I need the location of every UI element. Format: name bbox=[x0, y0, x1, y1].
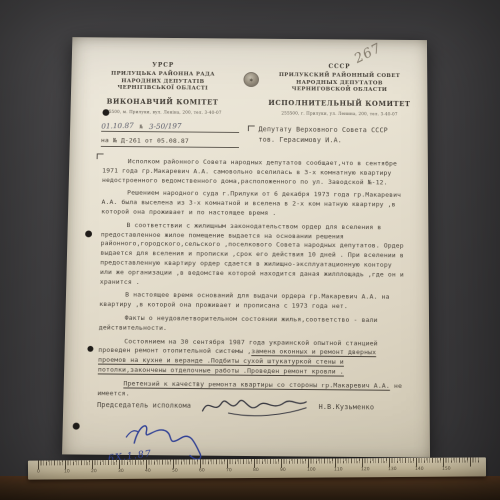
ruler-number: 120 bbox=[361, 467, 370, 472]
wooden-ruler-edge bbox=[0, 476, 500, 500]
country-left: УРСР bbox=[91, 61, 235, 69]
org-line: ПРИЛУЦЬКА РАЙОННА РАДА bbox=[91, 71, 236, 79]
punch-hole-mark bbox=[73, 423, 80, 430]
paragraph: Решением народного суда г.Прилуки от 6 д… bbox=[101, 189, 407, 220]
paragraph: В соответствии с жилищным законодательст… bbox=[100, 221, 407, 290]
number-sign: № bbox=[139, 125, 142, 131]
org-line: ЧЕРНИГОВСКОЙ ОБЛАСТИ bbox=[267, 86, 412, 94]
ruler-number: 70 bbox=[226, 468, 232, 473]
addressee-block: Депутату Верховного Совета СССР тов. Гер… bbox=[258, 125, 387, 147]
paragraph: В настоящее время оснований для выдачи о… bbox=[99, 291, 407, 313]
ruler-number: 30 bbox=[118, 469, 124, 474]
punch-hole-mark bbox=[85, 231, 92, 238]
ink-signature bbox=[199, 394, 311, 419]
ruler-number: 50 bbox=[172, 469, 178, 474]
signer-name: Н.В.Кузьменко bbox=[319, 403, 375, 411]
ruler-number: 80 bbox=[253, 468, 259, 473]
paragraph: Состоянием на 30 сентября 1987 года укра… bbox=[98, 337, 408, 378]
ruler-number: 60 bbox=[199, 468, 205, 473]
measuring-ruler: 0102030405060708090100110120130140150 bbox=[28, 457, 486, 479]
ruler-number: 20 bbox=[91, 469, 97, 474]
reference-block: 01.10.87 № 3-50/197 на № Д-261 от 05.08.… bbox=[101, 121, 247, 148]
pencil-corner-number: 267 bbox=[352, 41, 385, 67]
punch-hole-mark bbox=[87, 346, 93, 352]
ruler-number: 150 bbox=[442, 467, 451, 472]
ruler-number: 140 bbox=[415, 467, 424, 472]
punch-hole-mark bbox=[102, 109, 109, 116]
coat-of-arms-emblem-icon: ✶ bbox=[243, 72, 259, 87]
addressee-line2: тов. Герасимову И.А. bbox=[258, 135, 387, 146]
signature-row: Председатель исполкома Н.В.Кузьменко bbox=[97, 393, 408, 419]
ruler-number: 0 bbox=[37, 470, 40, 475]
ruler-number: 90 bbox=[280, 468, 286, 473]
handwritten-number: 3-50/197 bbox=[149, 122, 182, 131]
committee-right: ИСПОЛНИТЕЛЬНЫЙ КОМИТЕТ bbox=[267, 98, 412, 108]
reply-to-line: на № Д-261 от 05.08.87 bbox=[101, 136, 239, 148]
committee-left: ВИКОНАВЧИЙ КОМІТЕТ bbox=[90, 96, 235, 106]
country-right: СССР bbox=[267, 63, 411, 71]
letterhead-left-ukrainian: УРСР ПРИЛУЦЬКА РАЙОННА РАДА НАРОДНИХ ДЕП… bbox=[90, 61, 235, 114]
handwritten-date: 01.10.87 bbox=[101, 121, 134, 130]
paragraph: Факты о неудовлетворительном состоянии ж… bbox=[99, 314, 408, 336]
emblem-wrap: ✶ bbox=[235, 63, 268, 115]
address-left: 255500, м. Прилуки, вул. Леніна, 200, те… bbox=[90, 109, 235, 115]
reference-date-number-line: 01.10.87 № 3-50/197 bbox=[101, 121, 239, 133]
letterhead-right-russian: СССР ПРИЛУКСКИЙ РАЙОННЫЙ СОВЕТ НАРОДНЫХ … bbox=[267, 63, 412, 116]
org-line: ПРИЛУКСКИЙ РАЙОННЫЙ СОВЕТ bbox=[267, 72, 411, 80]
letterhead: УРСР ПРИЛУЦЬКА РАЙОННА РАДА НАРОДНИХ ДЕП… bbox=[90, 61, 412, 116]
ruler-number: 110 bbox=[334, 467, 343, 472]
ruler-number: 100 bbox=[307, 468, 316, 473]
corner-mark bbox=[248, 125, 255, 131]
document-photo-paper: 267 УРСР ПРИЛУЦЬКА РАЙОННА РАДА НАРОДНИХ… bbox=[62, 37, 430, 457]
org-line: ЧЕРНІГІВСЬКОЇ ОБЛАСТІ bbox=[90, 85, 235, 93]
ruler-number: 10 bbox=[64, 469, 70, 474]
ruler-number: 130 bbox=[388, 467, 397, 472]
paragraph: Исполком районного Совета народных депут… bbox=[102, 157, 407, 187]
ruler-number: 40 bbox=[145, 469, 151, 474]
signer-title: Председатель исполкома bbox=[97, 401, 191, 410]
address-right: 255500, г. Прилуки, ул. Ленина, 200, тел… bbox=[267, 110, 412, 116]
document-body: Исполком районного Совета народных депут… bbox=[97, 157, 408, 405]
